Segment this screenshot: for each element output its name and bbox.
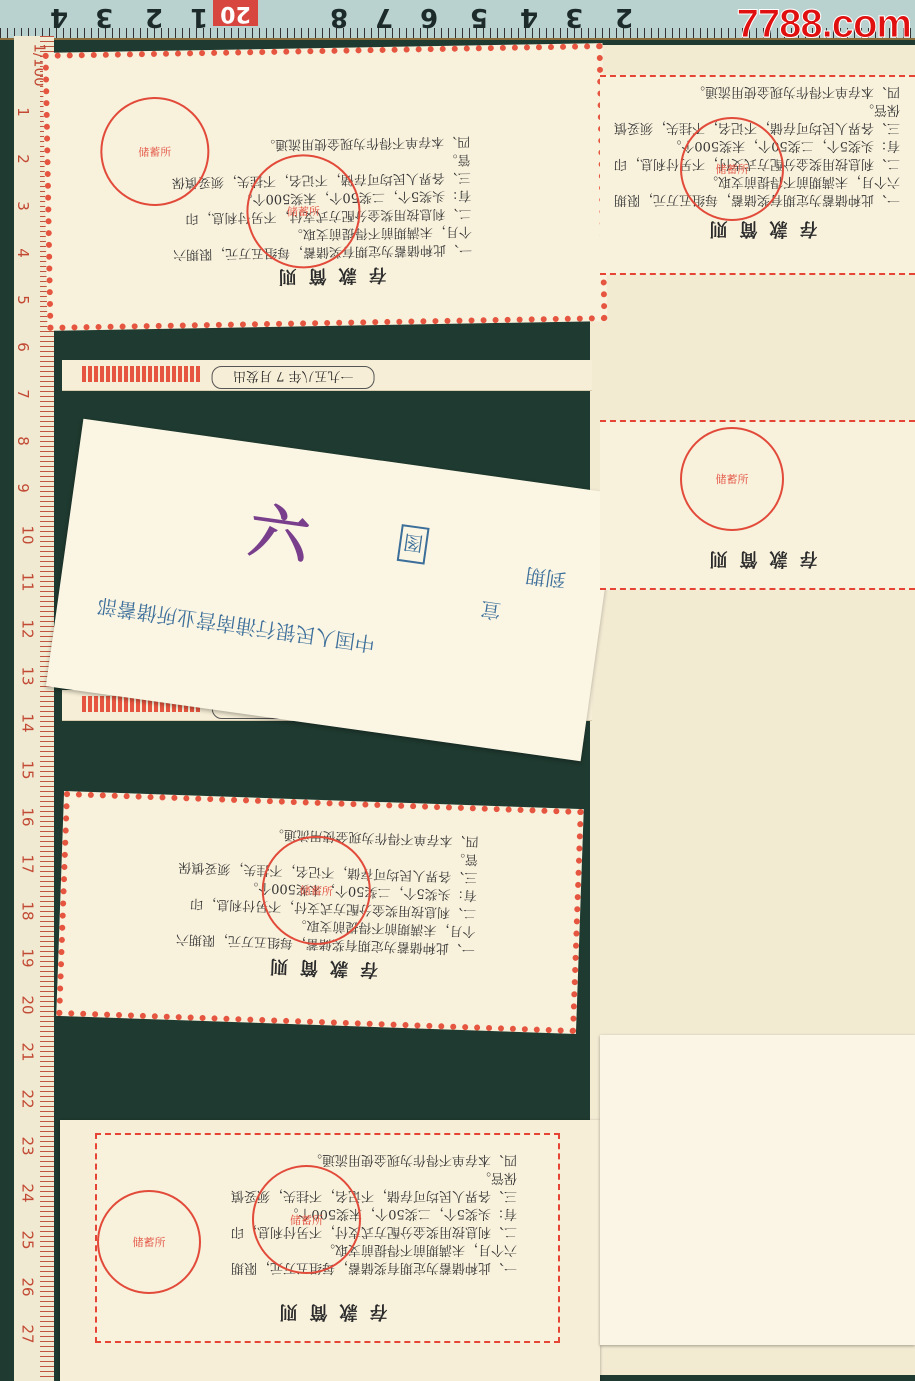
rule-item: 四、本存单不得作为现金使用流通。 [227,1150,517,1168]
ruler-number: 19 [19,948,37,967]
ruler-number: 3 [14,201,32,211]
ruler-number: 15 [19,760,37,779]
ruler-number: 11 [19,572,37,591]
rule-item: 四、本存单不得作为现金使用流通。 [610,82,900,100]
certificate-title: 存款简则 [97,1300,558,1326]
ruler-number: 2 [14,154,32,164]
red-stamp: 储蓄所 [680,117,784,221]
red-border-decoration [82,366,202,382]
certificate-card: 存款简则 储蓄所 [600,420,915,590]
ruler-number: 26 [19,1277,37,1296]
certificate-title: 存款简则 [64,947,573,991]
red-stamp: 储蓄所 [252,1165,361,1274]
purple-mark: 六 [244,483,315,577]
ruler-number: 6 [14,342,32,352]
certificate-card: 存款简则 一、此种储蓄为定期有奖储蓄，每组五万元，限期六个月，未满期前不得提前支… [95,1133,560,1343]
ruler-number: 17 [19,854,37,873]
red-stamp: 储蓄所 [680,427,784,531]
ruler-number: 12 [19,619,37,638]
ruler-number: 5 [14,295,32,305]
ruler-number: 4 [14,248,32,258]
ruler-number: 10 [19,525,37,544]
ruler-highlight: 20 [213,0,258,26]
ruler-number: 8 [14,436,32,446]
date-strip: 一九五八年 7 月发出 [62,360,592,391]
ruler-number: 23 [19,1136,37,1155]
certificate-title: 存款简则 [600,547,915,573]
red-stamp: 储蓄所 [97,1190,201,1294]
ruler-number: 27 [19,1324,37,1343]
ruler-number: 13 [19,666,37,685]
ruler-number: 1 [14,107,32,117]
certificate-title: 存款简则 [52,259,600,295]
ruler-number: 21 [19,1042,37,1061]
ruler-number: 22 [19,1089,37,1108]
ruler-number: 16 [19,807,37,826]
handwritten-line: 中国人民银行浦南营业所储蓄部 [95,593,376,661]
issue-date: 一九五八年 7 月发出 [212,366,375,389]
ruler-number: 24 [19,1183,37,1202]
blank-envelope [600,1035,915,1345]
watermark-logo: 7788.com [737,2,911,47]
ruler-number: 25 [19,1230,37,1249]
ruler-number: 18 [19,901,37,920]
certificate-card: 存款简则 一、此种储蓄为定期有奖储蓄，每组五万元，限期六个月，未满期前不得提前支… [43,43,608,331]
certificate-title: 存款简则 [600,217,915,243]
handwritten-line: 到期 [524,562,568,596]
ruler-number: 7 [14,389,32,399]
certificate-card: 存款简则 一、此种储蓄为定期有奖储蓄，每组五万元，限期六个月，未满期前不得提前支… [600,75,915,275]
certificate-card: 存款简则 一、此种储蓄为定期有奖储蓄，每组五万元，限期六个月，未满期前不得提前支… [56,791,584,1034]
handwritten-line: 图 [397,524,430,565]
handwritten-line: 宣 [479,596,503,628]
ruler-number: 14 [19,713,37,732]
ruler-number: 9 [14,483,32,493]
ruler-number: 20 [19,995,37,1014]
